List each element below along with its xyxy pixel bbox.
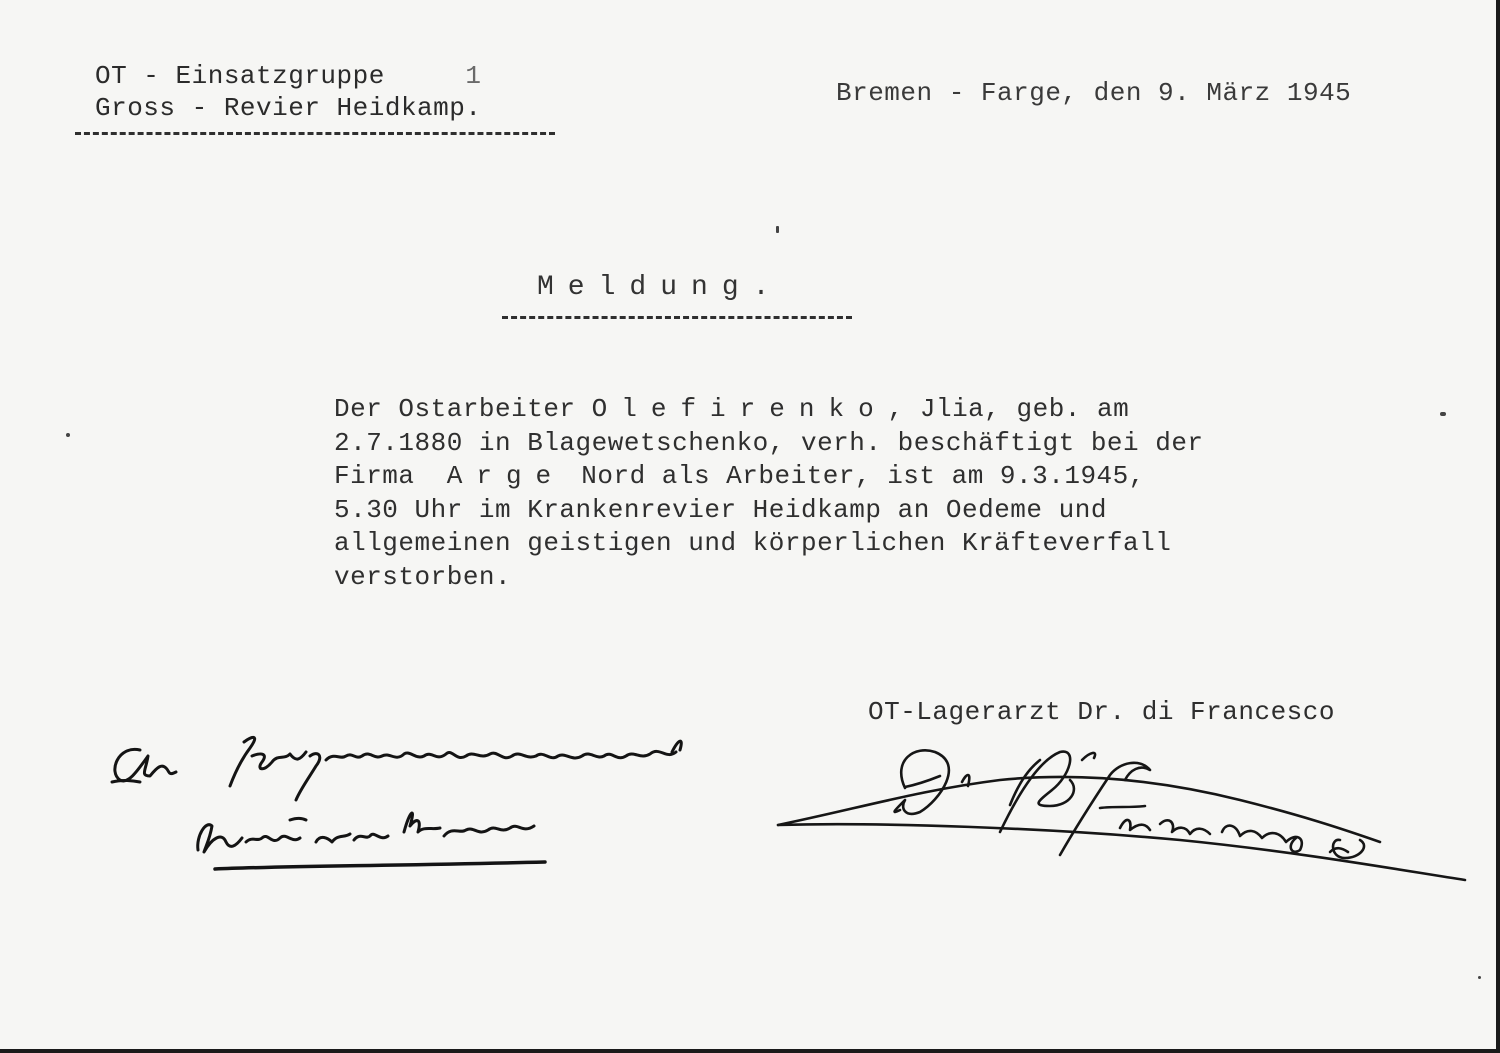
handwritten-signature [0, 0, 1500, 1053]
document-page: OT - Einsatzgruppe 1 Gross - Revier Heid… [0, 0, 1500, 1053]
